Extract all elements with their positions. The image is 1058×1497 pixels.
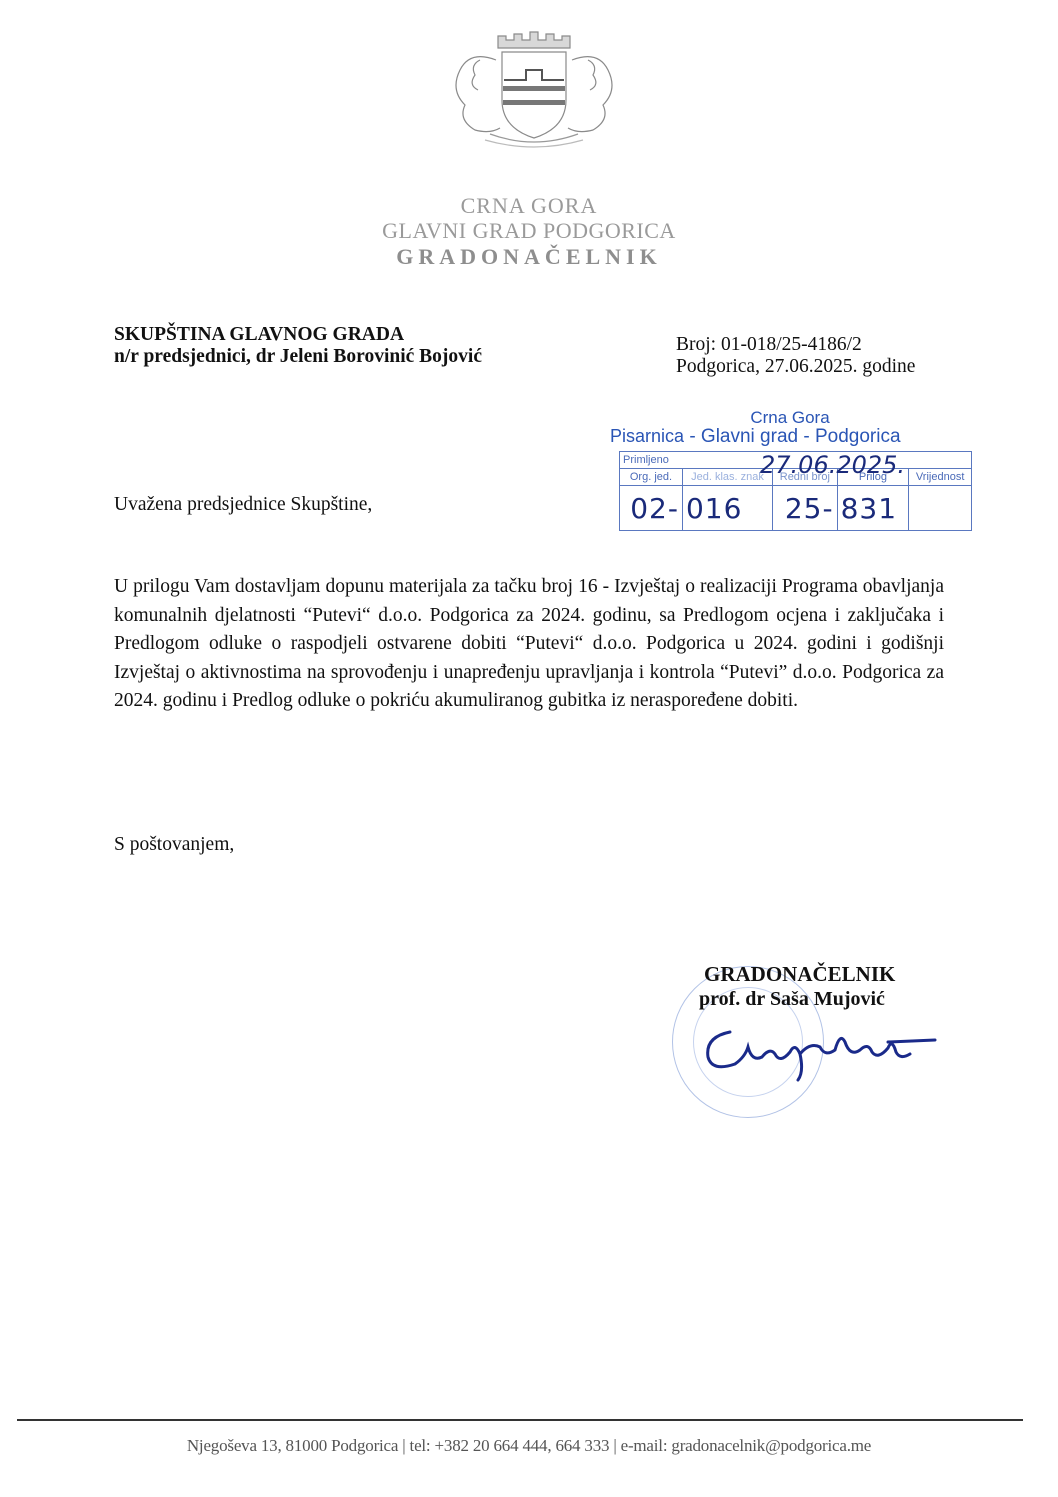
footer-contact: Njegoševa 13, 81000 Podgorica | tel: +38… bbox=[0, 1436, 1058, 1456]
stamp-value: 831 bbox=[837, 486, 909, 531]
stamp-received-date: 27.06.2025. bbox=[760, 451, 905, 479]
letterhead-city: GLAVNI GRAD PODGORICA bbox=[0, 218, 1058, 244]
stamp-subtitle-left: Pisarnica bbox=[610, 426, 684, 446]
stamp-header: Vrijednost bbox=[909, 469, 972, 486]
recipient-institution: SKUPŠTINA GLAVNOG GRADA bbox=[114, 324, 404, 346]
letterhead-office: GRADONAČELNIK bbox=[0, 244, 1058, 270]
letterhead-country: CRNA GORA bbox=[0, 193, 1058, 219]
stamp-title: Crna Gora bbox=[610, 408, 970, 428]
registry-stamp: Crna Gora Pisarnica - Glavni grad - Podg… bbox=[610, 408, 970, 553]
salutation: Uvažena predsjednice Skupštine, bbox=[114, 494, 372, 516]
stamp-value: 02- bbox=[620, 486, 683, 531]
stamp-value: 25- bbox=[773, 486, 838, 531]
stamp-subtitle-main: Glavni grad - Podgorica bbox=[701, 426, 901, 447]
stamp-header: Org. jed. bbox=[620, 469, 683, 486]
stamp-subtitle: Pisarnica - Glavni grad - Podgorica bbox=[610, 426, 901, 448]
handwritten-signature-icon bbox=[700, 1012, 950, 1082]
letter-body: U prilogu Vam dostavljam dopunu materija… bbox=[114, 573, 944, 716]
coat-of-arms-icon bbox=[430, 30, 630, 150]
reference-number: Broj: 01-018/25-4186/2 bbox=[676, 334, 862, 356]
stamp-value: 016 bbox=[682, 486, 772, 531]
signatory-title: GRADONAČELNIK bbox=[704, 962, 895, 987]
recipient-attention: n/r predsjednici, dr Jeleni Borovinić Bo… bbox=[114, 346, 482, 368]
reference-place-date: Podgorica, 27.06.2025. godine bbox=[676, 356, 915, 378]
stamp-value bbox=[909, 486, 972, 531]
footer-divider bbox=[17, 1419, 1023, 1421]
closing: S poštovanjem, bbox=[114, 834, 234, 856]
signatory-name: prof. dr Saša Mujović bbox=[699, 988, 885, 1011]
